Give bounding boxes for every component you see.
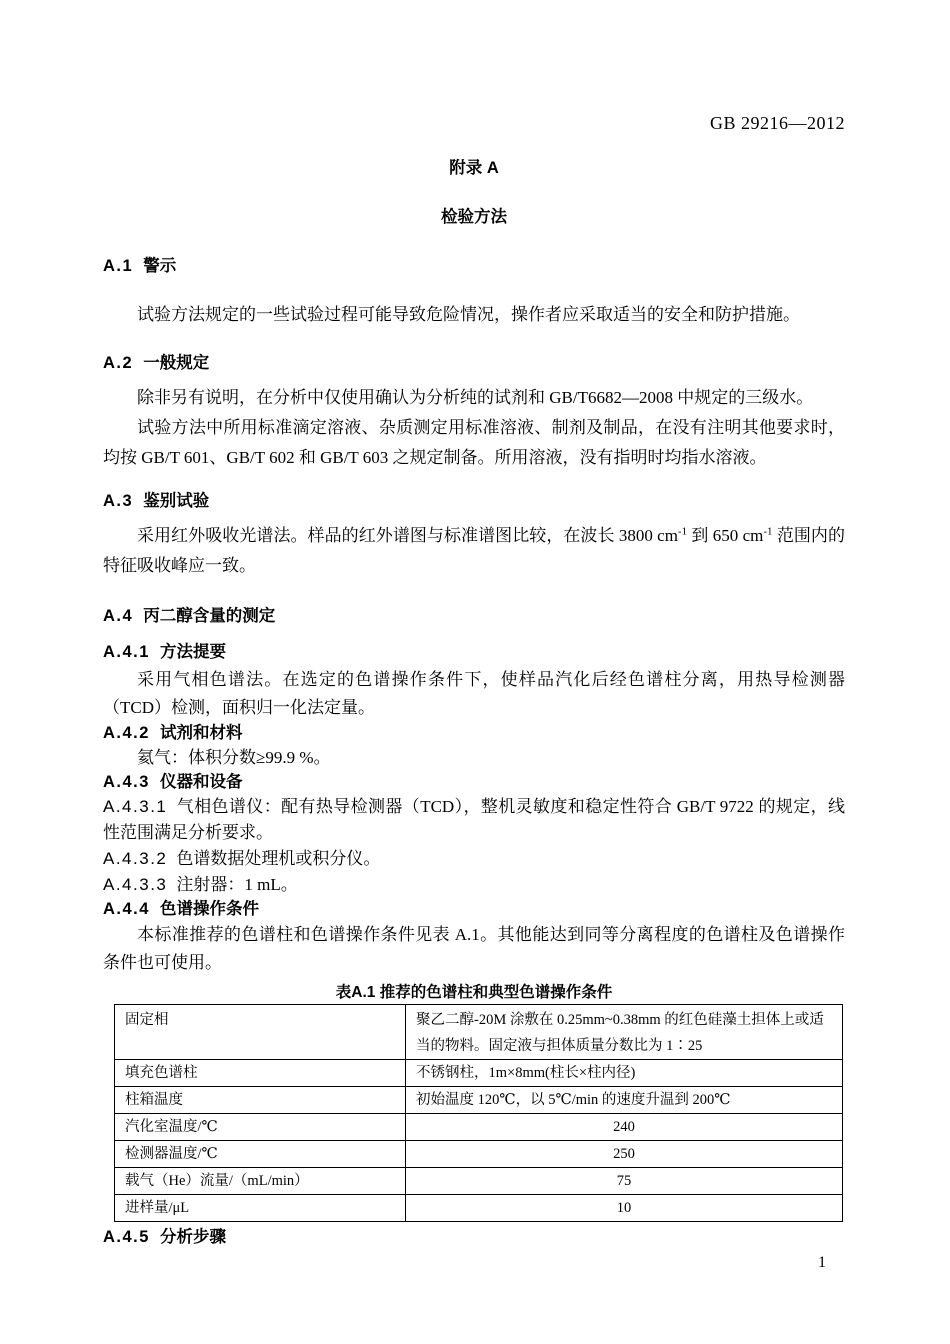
table-row: 检测器温度/℃ 250 <box>115 1141 843 1168</box>
paragraph-a1: 试验方法规定的一些试验过程可能导致危险情况，操作者应采取适当的安全和防护措施。 <box>103 300 845 330</box>
heading-a4-4-title: 色谱操作条件 <box>160 900 259 918</box>
heading-a4-2-title: 试剂和材料 <box>160 724 243 742</box>
clause-a4-3-3-text: 注射器：1 mL。 <box>176 875 297 894</box>
heading-a4-5-title: 分析步骤 <box>160 1228 226 1246</box>
heading-a4-2-number: A.4.2 <box>103 724 150 742</box>
heading-a4-5: A.4.5分析步骤 <box>103 1226 845 1249</box>
table-a1-title: 表A.1 推荐的色谱柱和典型色谱操作条件 <box>103 982 845 1004</box>
clause-a4-3-2-number: A.4.3.2 <box>103 849 167 868</box>
appendix-title: 检验方法 <box>103 206 845 229</box>
table-cell-label: 检测器温度/℃ <box>115 1141 406 1168</box>
heading-a4-number: A.4 <box>103 607 133 625</box>
clause-a4-3-1: A.4.3.1气相色谱仪：配有热导检测器（TCD），整机灵敏度和稳定性符合 GB… <box>103 794 845 846</box>
heading-a4-4: A.4.4色谱操作条件 <box>103 898 845 921</box>
paragraph-a2-1: 除非另有说明，在分析中仅使用确认为分析纯的试剂和 GB/T6682—2008 中… <box>103 383 845 413</box>
heading-a1-number: A.1 <box>103 257 133 275</box>
heading-a4-5-number: A.4.5 <box>103 1228 150 1246</box>
table-cell-value: 不锈钢柱，1m×8mm(柱长×柱内径) <box>406 1060 843 1087</box>
heading-a3: A.3鉴别试验 <box>103 490 845 513</box>
table-cell-value: 10 <box>406 1195 843 1222</box>
table-cell-value: 240 <box>406 1114 843 1141</box>
paragraph-a3-text: 采用红外吸收光谱法。样品的红外谱图与标准谱图比较，在波长 3800 cm <box>137 526 678 545</box>
paragraph-a4-4: 本标准推荐的色谱柱和色谱操作条件见表 A.1。其他能达到同等分离程度的色谱柱及色… <box>103 921 845 977</box>
table-cell-label: 固定相 <box>115 1005 406 1060</box>
heading-a2-title: 一般规定 <box>143 354 209 372</box>
table-row: 载气（He）流量/（mL/min） 75 <box>115 1168 843 1195</box>
table-cell-label: 载气（He）流量/（mL/min） <box>115 1168 406 1195</box>
heading-a4-1-title: 方法提要 <box>160 643 226 661</box>
heading-a2: A.2一般规定 <box>103 352 845 375</box>
table-row: 填充色谱柱 不锈钢柱，1m×8mm(柱长×柱内径) <box>115 1060 843 1087</box>
superscript-exponent: -1 <box>763 525 772 537</box>
heading-a4-1: A.4.1方法提要 <box>103 641 845 664</box>
heading-a4-1-number: A.4.1 <box>103 643 150 661</box>
heading-a1: A.1警示 <box>103 255 845 278</box>
paragraph-a2-2: 试验方法中所用标准滴定溶液、杂质测定用标准溶液、制剂及制品，在没有注明其他要求时… <box>103 413 845 473</box>
table-a1: 固定相 聚乙二醇-20M 涂敷在 0.25mm~0.38mm 的红色硅藻土担体上… <box>114 1004 843 1222</box>
heading-a4-title: 丙二醇含量的测定 <box>143 607 275 625</box>
table-cell-value: 75 <box>406 1168 843 1195</box>
clause-a4-3-2-text: 色谱数据处理机或积分仪。 <box>176 849 380 868</box>
clause-a4-3-1-text: 气相色谱仪：配有热导检测器（TCD），整机灵敏度和稳定性符合 GB/T 9722… <box>103 797 845 842</box>
table-cell-label: 填充色谱柱 <box>115 1060 406 1087</box>
heading-a1-title: 警示 <box>143 257 176 275</box>
clause-a4-3-2: A.4.3.2色谱数据处理机或积分仪。 <box>103 846 845 872</box>
table-cell-value: 聚乙二醇-20M 涂敷在 0.25mm~0.38mm 的红色硅藻土担体上或适当的… <box>406 1005 843 1060</box>
heading-a4-3: A.4.3仪器和设备 <box>103 771 845 794</box>
table-row: 固定相 聚乙二醇-20M 涂敷在 0.25mm~0.38mm 的红色硅藻土担体上… <box>115 1005 843 1060</box>
appendix-label: 附录 A <box>103 157 845 180</box>
table-row: 柱箱温度 初始温度 120℃，以 5℃/min 的速度升温到 200℃ <box>115 1087 843 1114</box>
superscript-exponent: -1 <box>678 525 687 537</box>
heading-a4-3-title: 仪器和设备 <box>160 773 243 791</box>
heading-a3-title: 鉴别试验 <box>143 492 209 510</box>
heading-a3-number: A.3 <box>103 492 133 510</box>
clause-a4-3-3-number: A.4.3.3 <box>103 875 167 894</box>
table-cell-label: 进样量/μL <box>115 1195 406 1222</box>
table-row: 汽化室温度/℃ 240 <box>115 1114 843 1141</box>
page-content: GB 29216—2012 附录 A 检验方法 A.1警示 试验方法规定的一些试… <box>103 0 845 1249</box>
heading-a4-3-number: A.4.3 <box>103 773 150 791</box>
clause-a4-3-3: A.4.3.3注射器：1 mL。 <box>103 872 845 898</box>
heading-a2-number: A.2 <box>103 354 133 372</box>
heading-a4-2: A.4.2试剂和材料 <box>103 722 845 745</box>
paragraph-a3: 采用红外吸收光谱法。样品的红外谱图与标准谱图比较，在波长 3800 cm-1 到… <box>103 521 845 581</box>
paragraph-a4-2: 氦气：体积分数≥99.9 %。 <box>103 745 845 771</box>
document-page: GB 29216—2012 附录 A 检验方法 A.1警示 试验方法规定的一些试… <box>0 0 950 1344</box>
paragraph-a3-text: 到 650 cm <box>687 526 763 545</box>
table-cell-label: 柱箱温度 <box>115 1087 406 1114</box>
table-row: 进样量/μL 10 <box>115 1195 843 1222</box>
page-number: 1 <box>818 1254 826 1272</box>
clause-a4-3-1-number: A.4.3.1 <box>103 797 167 816</box>
paragraph-a4-1: 采用气相色谱法。在选定的色谱操作条件下，使样品汽化后经色谱柱分离，用热导检测器（… <box>103 666 845 722</box>
table-cell-value: 250 <box>406 1141 843 1168</box>
standard-code: GB 29216—2012 <box>103 0 845 135</box>
heading-a4: A.4丙二醇含量的测定 <box>103 605 845 628</box>
table-cell-value: 初始温度 120℃，以 5℃/min 的速度升温到 200℃ <box>406 1087 843 1114</box>
heading-a4-4-number: A.4.4 <box>103 900 150 918</box>
table-cell-label: 汽化室温度/℃ <box>115 1114 406 1141</box>
